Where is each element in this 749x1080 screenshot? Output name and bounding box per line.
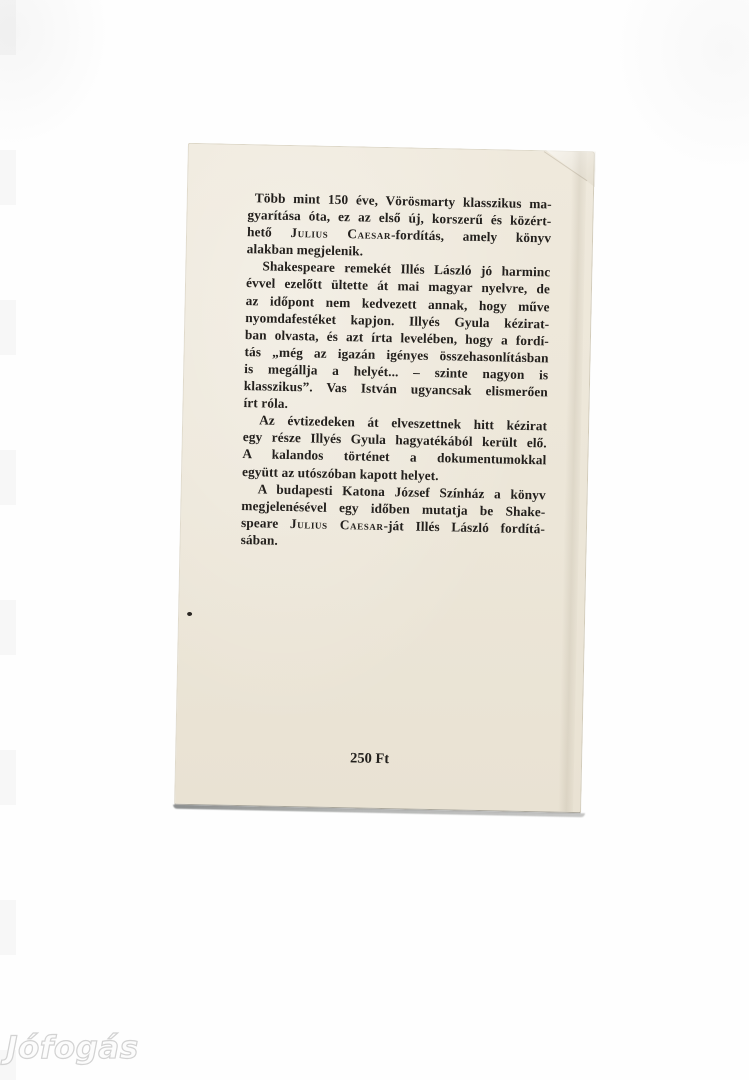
text-run: -fordítás, amely könyv [391, 227, 551, 245]
text-run: sában. [241, 532, 278, 548]
paragraph: Az évtizedeken át elveszettnek hitt kézi… [242, 411, 547, 486]
small-caps-title: Julius Caesar [290, 225, 391, 242]
text-run: -ját Illés László fordítá- [383, 518, 545, 536]
text-run: speare [241, 515, 290, 531]
corner-fold-line [544, 151, 588, 181]
paragraph: Shakespeare remekét Illés László jó harm… [243, 257, 550, 417]
spine-crease [558, 152, 587, 812]
price-label: 250 Ft [350, 750, 389, 768]
blurb-text: Több mint 150 éve, Vörösmarty klasszikus… [241, 189, 552, 554]
scanned-photo: Több mint 150 éve, Vörösmarty klasszikus… [0, 0, 749, 1080]
text-run: hető [247, 224, 291, 240]
scan-smudge [589, 0, 749, 200]
watermark-text: Jófogás [6, 1030, 139, 1066]
scanner-streak [0, 0, 16, 1080]
text-run: alakban megjelenik. [247, 241, 364, 258]
paragraph: A budapesti Katona József Színház a köny… [241, 480, 546, 555]
text-run: írt róla. [243, 395, 288, 411]
book-back-cover: Több mint 150 éve, Vörösmarty klasszikus… [174, 143, 595, 813]
corner-fold [545, 150, 596, 187]
ink-spot [187, 612, 192, 616]
small-caps-title: Julius Caesar [290, 516, 384, 533]
paragraph: Több mint 150 éve, Vörösmarty klasszikus… [247, 189, 552, 264]
scan-smudge [0, 0, 120, 160]
